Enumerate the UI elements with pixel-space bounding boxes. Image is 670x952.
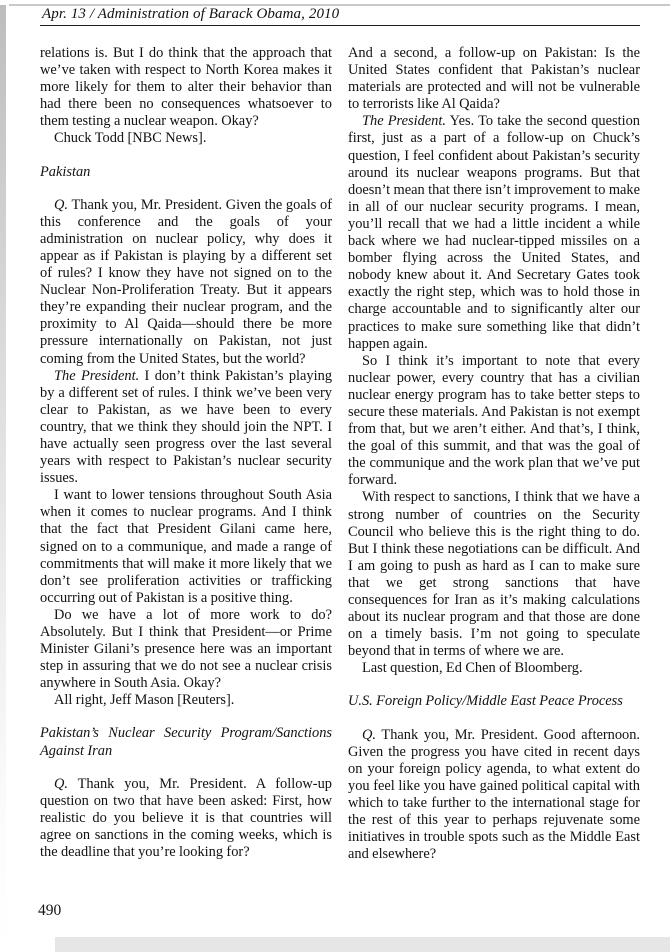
paragraph: So I think it’s important to note that e… [348, 353, 640, 490]
page-body: relations is. But I do think that the ap… [40, 45, 640, 863]
paragraph: Q. Thank you, Mr. President. A follow-up… [40, 776, 332, 861]
paragraph-text: I don’t think Pakistan’s playing by a di… [40, 368, 332, 487]
paragraph: The President. Yes. To take the second q… [348, 113, 640, 352]
paragraph: Chuck Todd [NBC News]. [40, 130, 332, 147]
section-heading: Pakistan’s Nuclear Security Program/Sanc… [40, 725, 332, 759]
paragraph: All right, Jeff Mason [Reuters]. [40, 692, 332, 709]
paragraph: Do we have a lot of more work to do? Abs… [40, 607, 332, 692]
header-rule [40, 25, 640, 26]
speaker-label: The President. [362, 113, 446, 129]
speaker-label: Q. [54, 197, 68, 213]
section-heading: U.S. Foreign Policy/Middle East Peace Pr… [348, 693, 640, 710]
section-heading: Pakistan [40, 164, 332, 181]
paragraph-text: Thank you, Mr. President. A follow-up qu… [40, 776, 332, 860]
paragraph-text: Thank you, Mr. President. Given the goal… [40, 197, 332, 367]
scan-edge-bottom [55, 937, 670, 952]
page-number: 490 [38, 902, 61, 920]
speaker-label: Q. [362, 727, 376, 743]
paragraph: relations is. But I do think that the ap… [40, 45, 332, 130]
scan-edge-left [0, 5, 6, 952]
paragraph: I want to lower tensions throughout Sout… [40, 487, 332, 607]
right-column: And a second, a follow-up on Pakistan: I… [348, 45, 640, 863]
document-page: Apr. 13 / Administration of Barack Obama… [0, 0, 670, 952]
paragraph: And a second, a follow-up on Pakistan: I… [348, 45, 640, 113]
paragraph: Q. Thank you, Mr. President. Good aftern… [348, 727, 640, 864]
running-header: Apr. 13 / Administration of Barack Obama… [42, 6, 339, 23]
left-column: relations is. But I do think that the ap… [40, 45, 332, 863]
paragraph-text: Thank you, Mr. President. Good afternoon… [348, 727, 640, 863]
paragraph: Q. Thank you, Mr. President. Given the g… [40, 197, 332, 368]
paragraph: The President. I don’t think Pakistan’s … [40, 368, 332, 488]
paragraph: Last question, Ed Chen of Bloomberg. [348, 660, 640, 677]
paragraph-text: Yes. To take the second question first, … [348, 113, 640, 351]
speaker-label: The President. [54, 368, 139, 384]
paragraph: With respect to sanctions, I think that … [348, 489, 640, 660]
speaker-label: Q. [54, 776, 68, 792]
